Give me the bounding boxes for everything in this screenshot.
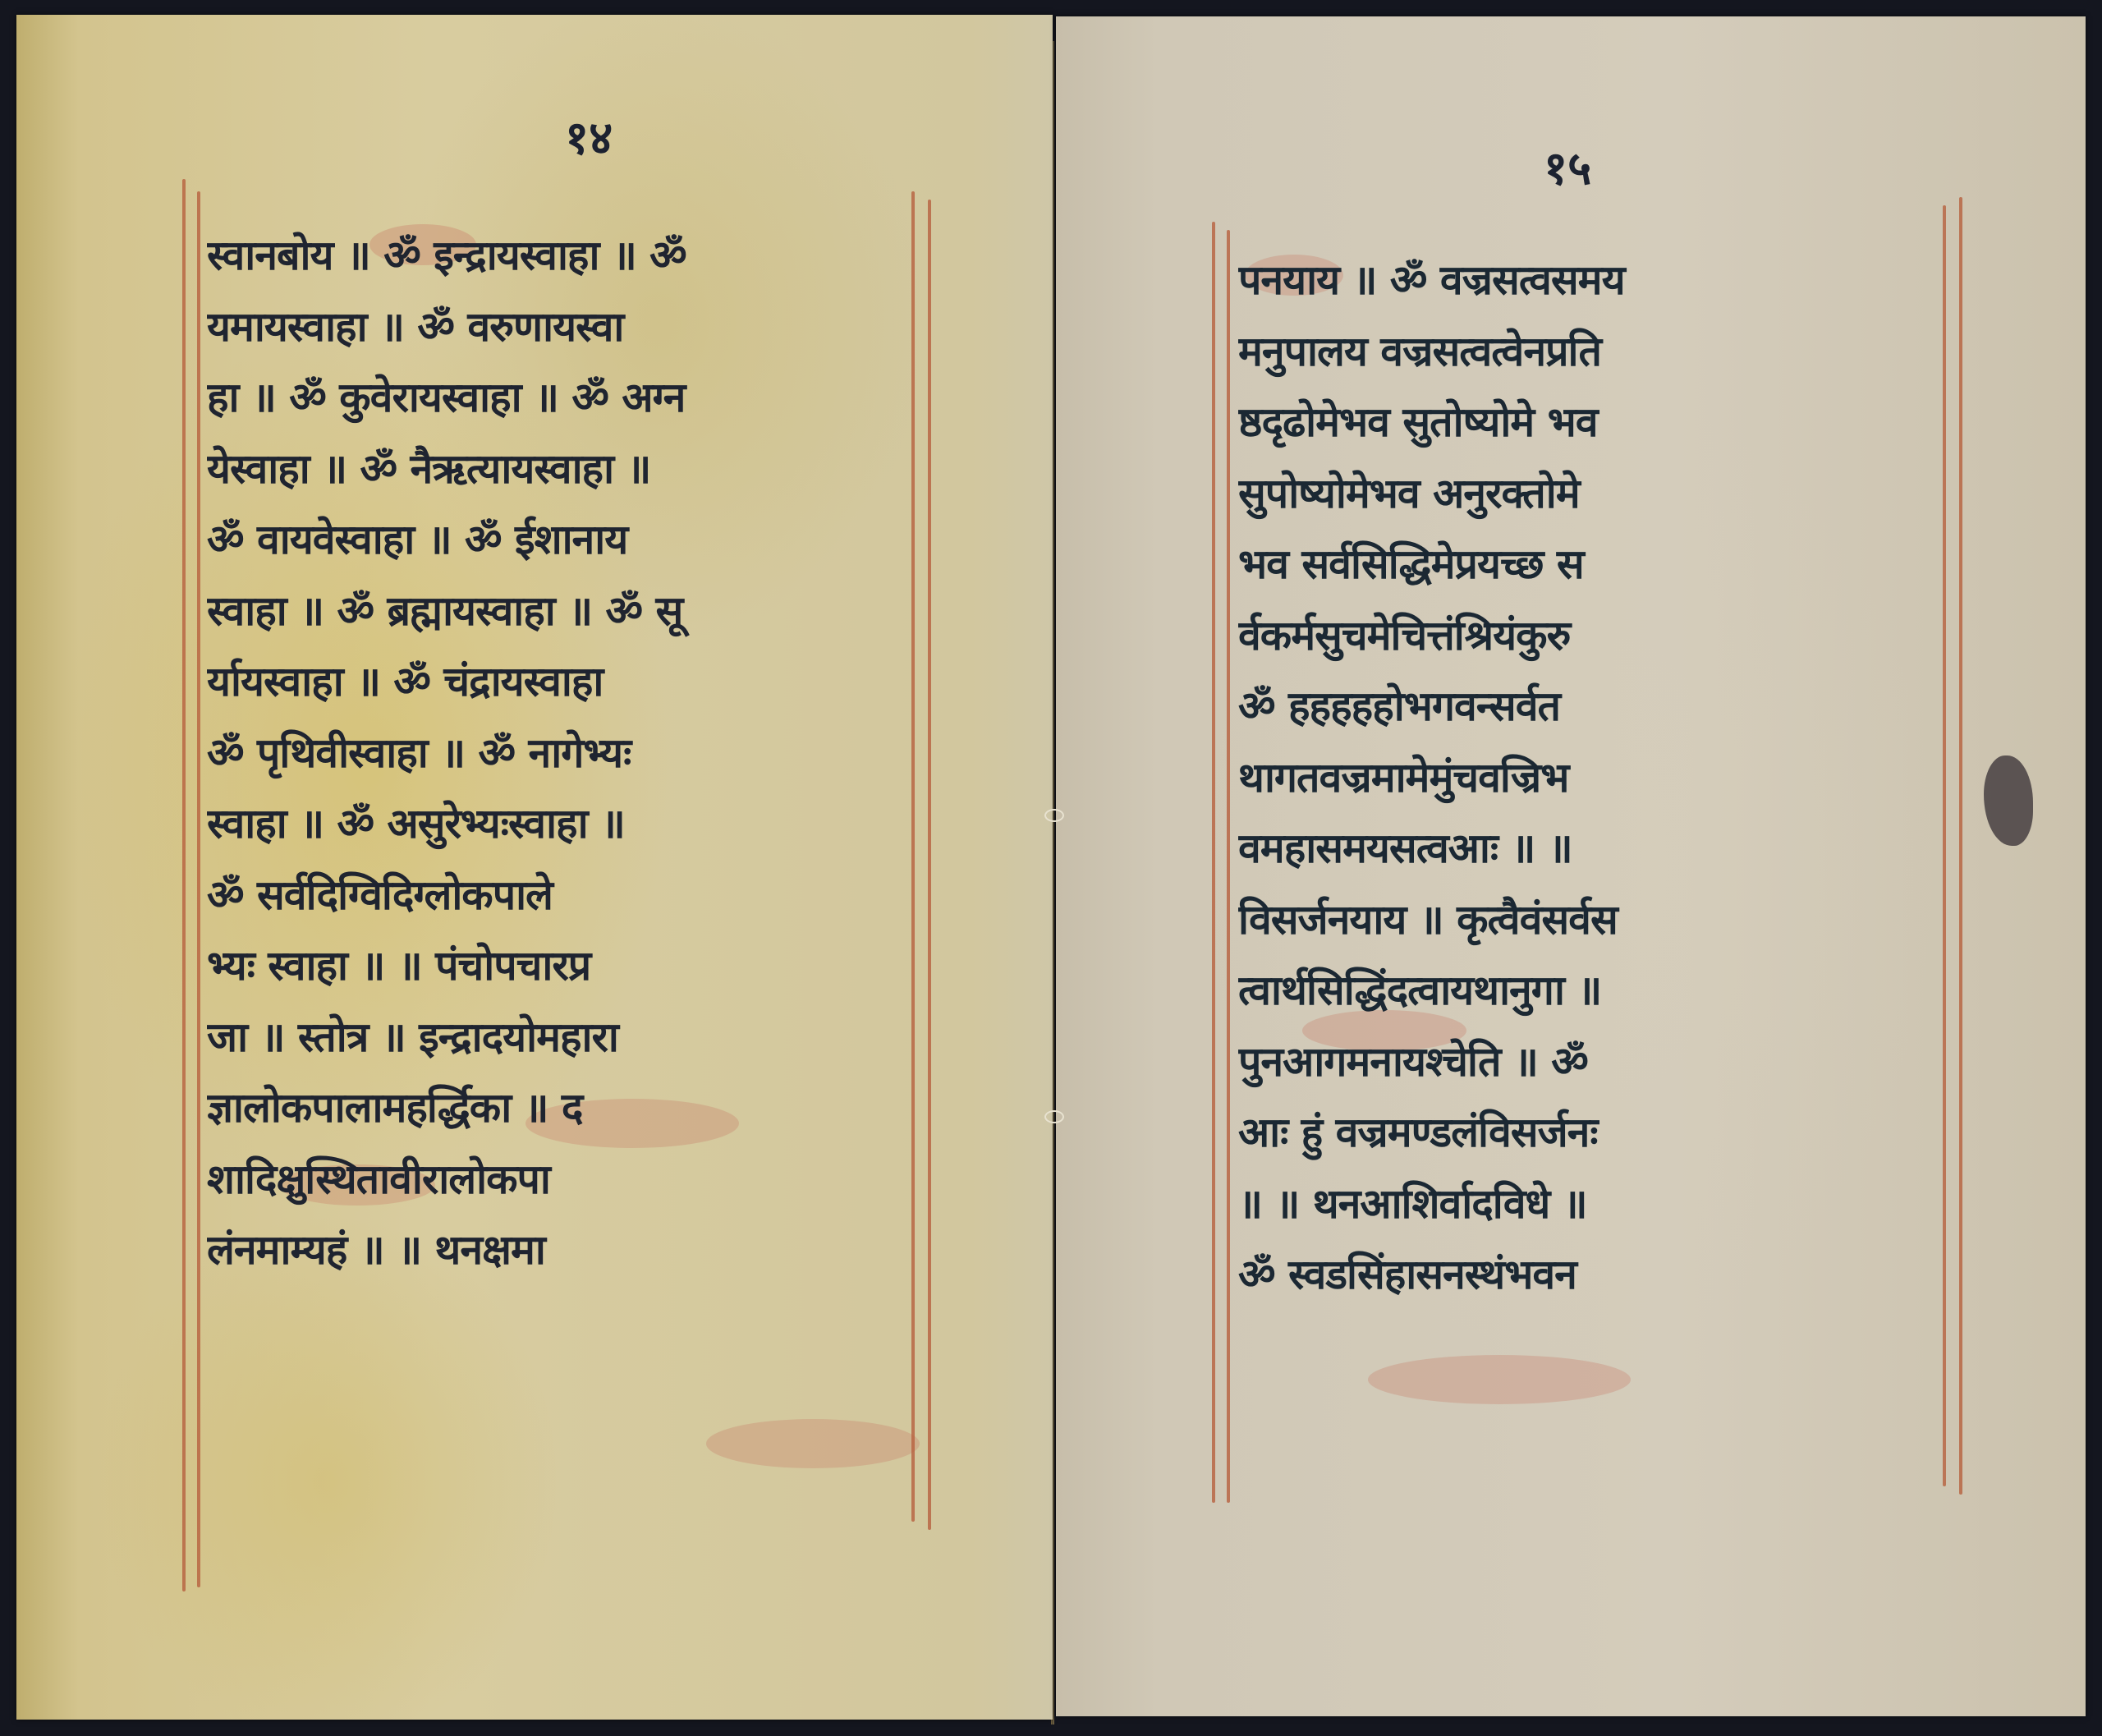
text-line: भव सर्वसिद्धिमेप्रयच्छ स <box>1238 529 1941 600</box>
manuscript-text: पनयाय ॥ ॐ वज्रसत्वसमय मनुपालय वज्रसत्वत्… <box>1238 245 1941 1311</box>
text-line: भ्यः स्वाहा ॥ ॥ पंचोपचारप्र <box>207 930 909 1002</box>
margin-rule-right-outer <box>1959 197 1962 1495</box>
margin-rule-left-outer <box>1212 222 1215 1503</box>
text-line: स्वाहा ॥ ॐ असुरेभ्यःस्वाहा ॥ <box>207 788 909 860</box>
margin-rule-right-inner <box>1943 205 1946 1486</box>
binding-stitch <box>1044 809 1064 822</box>
page-number: १४ <box>565 105 613 168</box>
text-line: ज्ञालोकपालामहर्द्धिका ॥ द <box>207 1072 909 1144</box>
text-line: त्वार्थसिद्धिंदत्वायथानुगा ॥ <box>1238 955 1941 1026</box>
text-line: हा ॥ ॐ कुवेरायस्वाहा ॥ ॐ अग्न <box>207 362 909 434</box>
text-line: थागतवज्रमामेमुंचवज्रिभ <box>1238 742 1941 814</box>
text-line: र्वकर्मसुचमेचित्तंश्रियंकुरु <box>1238 600 1941 672</box>
text-line: विसर्जनयाय ॥ कृत्वैवंसर्वस <box>1238 884 1941 956</box>
margin-rule-left-inner <box>1227 230 1230 1503</box>
text-line: स्वानबोय ॥ ॐ इन्द्रायस्वाहा ॥ ॐ <box>207 220 909 292</box>
text-line: ष्ठदृढोमेभव सुतोष्योमे भव <box>1238 387 1941 458</box>
text-line: मनुपालय वज्रसत्वत्वेनप्रति <box>1238 316 1941 388</box>
text-line: जा ॥ स्तोत्र ॥ इन्द्रादयोमहारा <box>207 1002 909 1073</box>
text-line: लंनमाम्यहं ॥ ॥ थनक्षमा <box>207 1215 909 1286</box>
page-number: १५ <box>1544 135 1591 198</box>
margin-rule-left-outer <box>182 179 186 1591</box>
text-line: ॐ सर्वदिग्विदिग्लोकपाले <box>207 860 909 931</box>
text-line: ॐ स्वडसिंहासनस्थंभवन <box>1238 1239 1941 1311</box>
text-line: येस्वाहा ॥ ॐ नैऋत्यायस्वाहा ॥ <box>207 434 909 505</box>
left-page: १४ स्वानबोय ॥ ॐ इन्द्रायस्वाहा ॥ ॐ यमायस… <box>16 15 1053 1720</box>
text-line: वमहासमयसत्वआः ॥ ॥ <box>1238 813 1941 884</box>
rubric-highlight <box>1368 1355 1631 1404</box>
text-line: सुपोष्योमेभव अनुरक्तोमे <box>1238 458 1941 530</box>
rubric-highlight <box>706 1419 920 1468</box>
text-line: आः हुं वज्रमण्डलंविसर्जनः <box>1238 1097 1941 1169</box>
text-line: ॐ हहहहहोभगवन्सर्वत <box>1238 671 1941 742</box>
text-line: ॐ पृथिवीस्वाहा ॥ ॐ नागेभ्यः <box>207 718 909 789</box>
ink-blot <box>1984 755 2033 846</box>
text-line: शादिक्षुस्थितावीरालोकपा <box>207 1144 909 1215</box>
text-line: पनयाय ॥ ॐ वज्रसत्वसमय <box>1238 245 1941 316</box>
binding-stitch <box>1044 1110 1064 1123</box>
text-line: स्वाहा ॥ ॐ ब्रह्मायस्वाहा ॥ ॐ सू <box>207 576 909 647</box>
margin-rule-right-inner <box>911 191 915 1522</box>
text-line: पुनआगमनायश्चेति ॥ ॐ <box>1238 1026 1941 1098</box>
margin-rule-left-inner <box>197 191 200 1587</box>
text-line: ॥ ॥ थनआशिर्वादविधे ॥ <box>1238 1169 1941 1240</box>
text-line: ॐ वायवेस्वाहा ॥ ॐ ईशानाय <box>207 504 909 576</box>
right-page: १५ पनयाय ॥ ॐ वज्रसत्वसमय मनुपालय वज्रसत्… <box>1056 16 2086 1716</box>
manuscript-text: स्वानबोय ॥ ॐ इन्द्रायस्वाहा ॥ ॐ यमायस्वा… <box>207 220 909 1286</box>
text-line: यमायस्वाहा ॥ ॐ वरुणायस्वा <box>207 292 909 363</box>
margin-rule-right-outer <box>928 200 931 1530</box>
text-line: र्यायस्वाहा ॥ ॐ चंद्रायस्वाहा <box>207 646 909 718</box>
